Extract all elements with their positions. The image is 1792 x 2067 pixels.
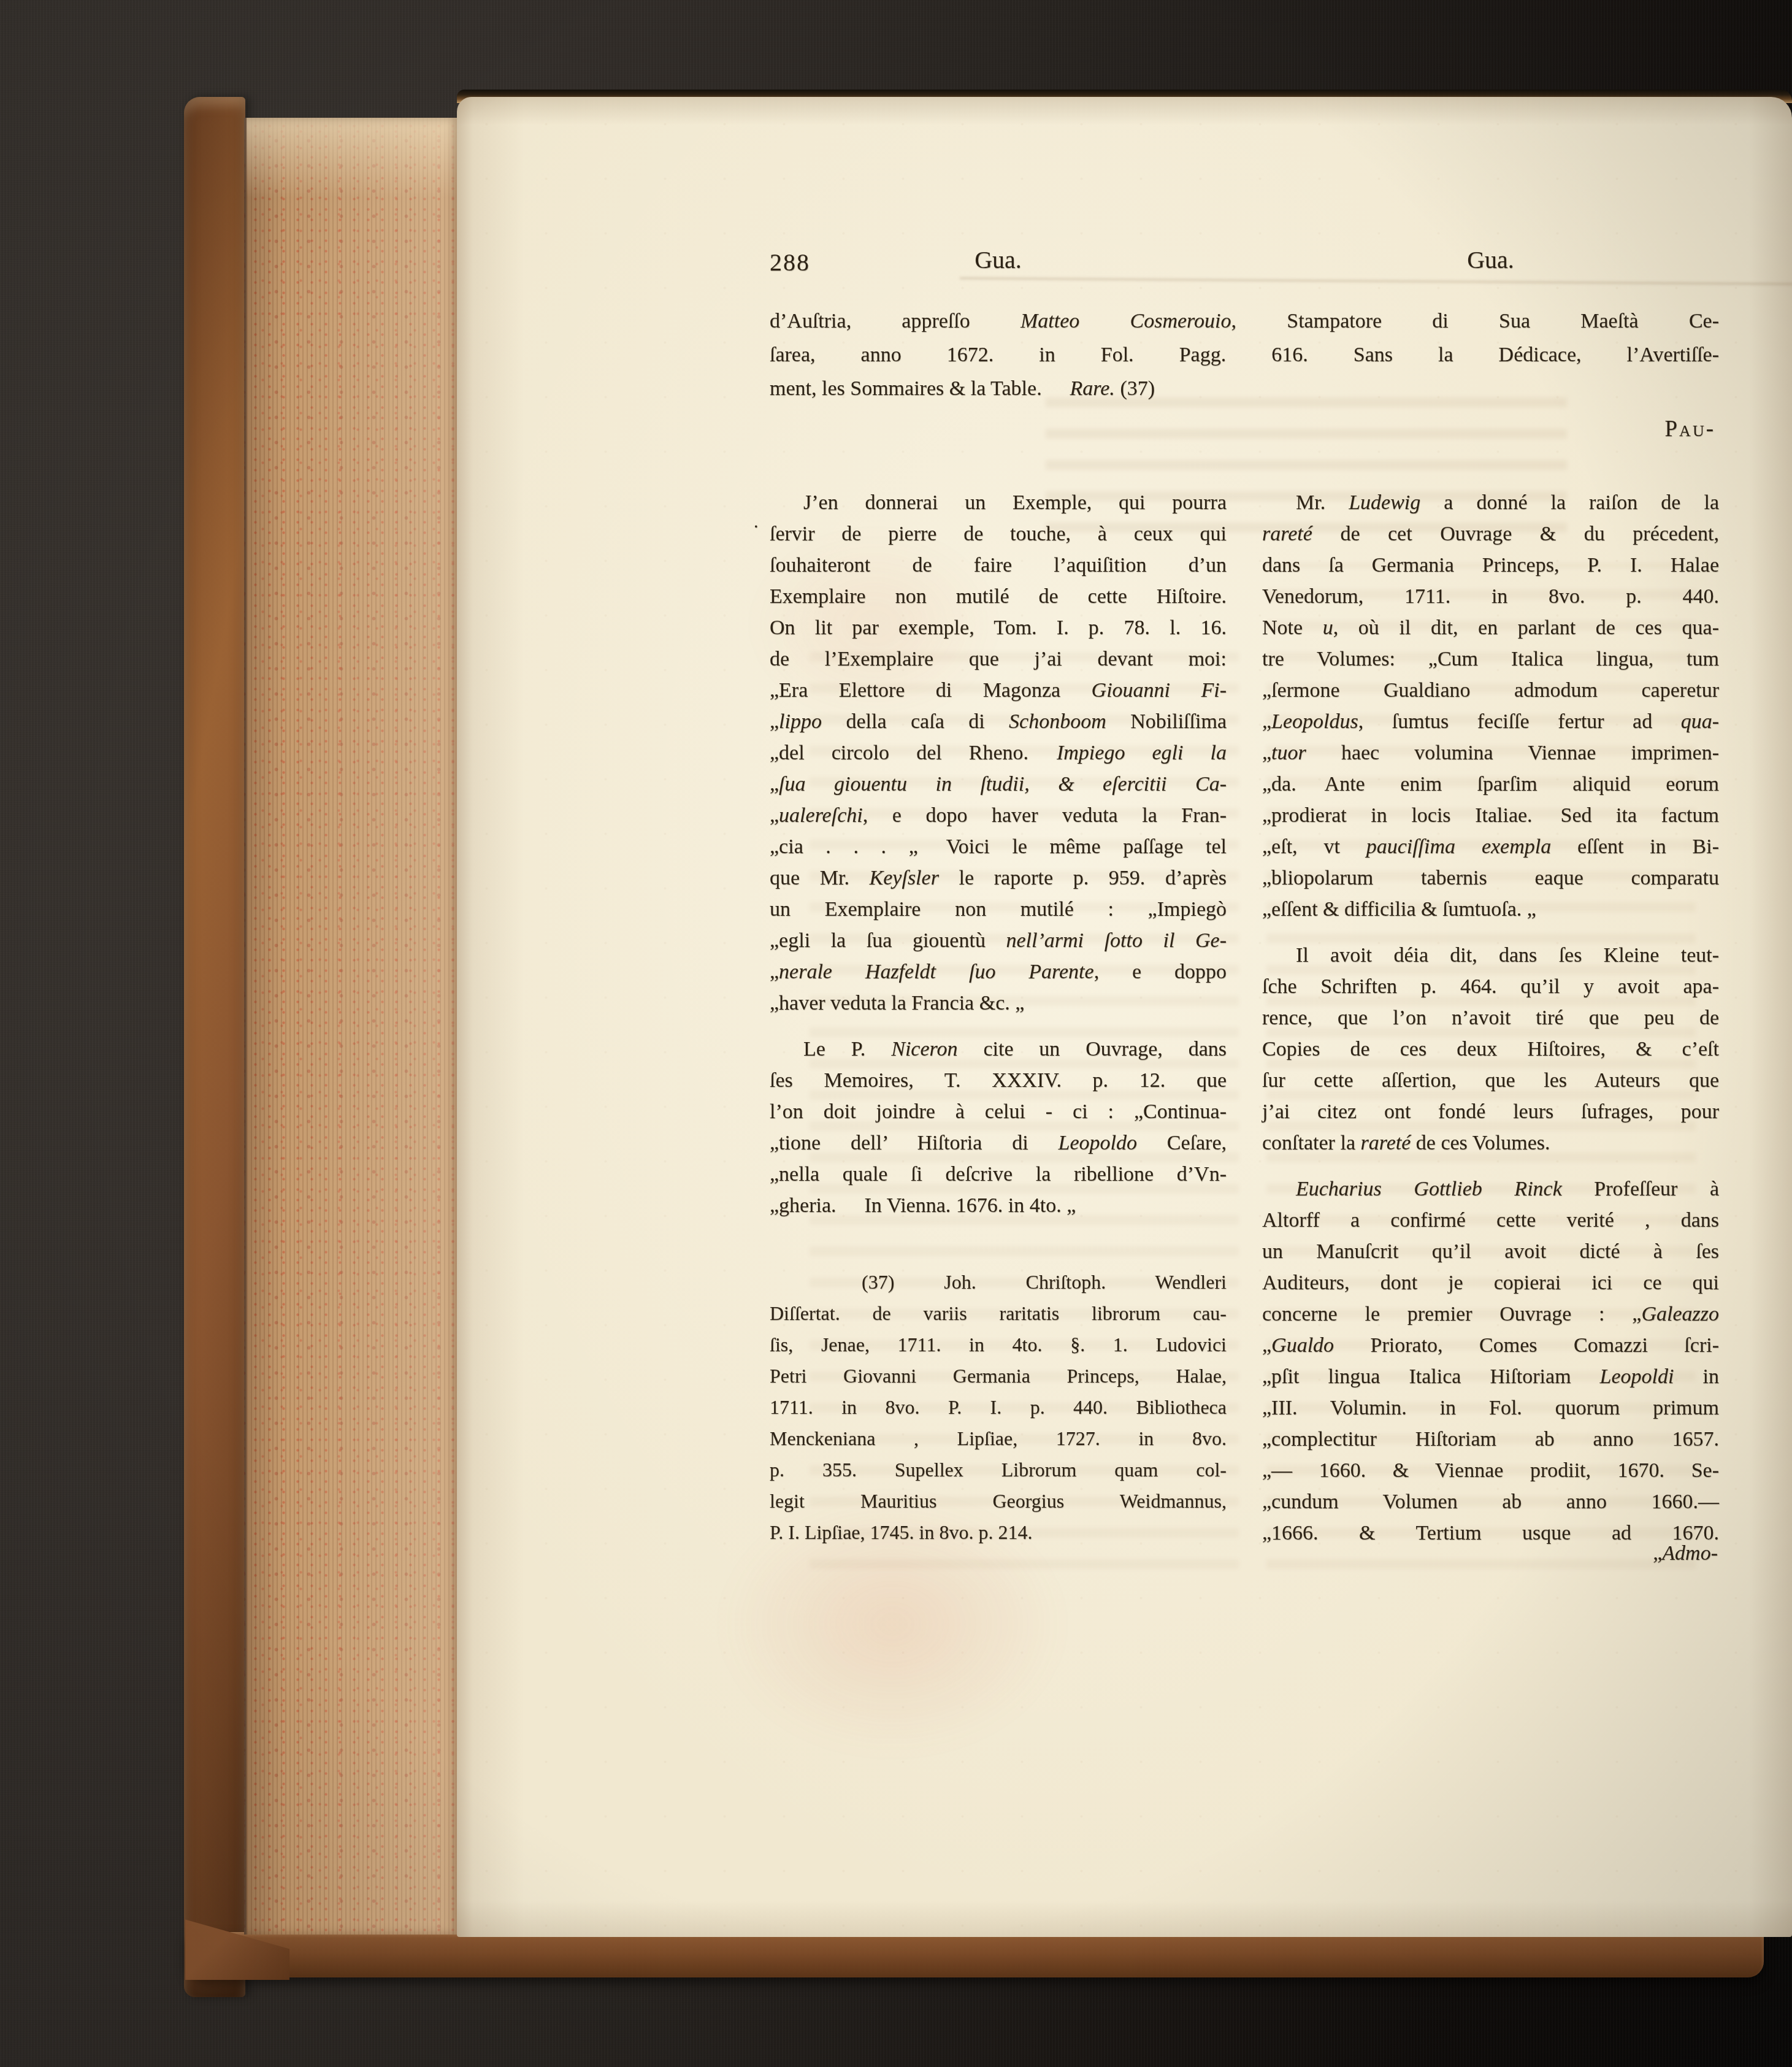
paragraph: d’Auſtria, appreſſo Matteo Cosmerouio, S… bbox=[770, 304, 1719, 405]
text-line: Venedorum, 1711. in 8vo. p. 440. bbox=[1262, 581, 1719, 612]
text-line: Auditeurs, dont je copierai ici ce qui bbox=[1262, 1267, 1719, 1298]
text-line: rence, que l’on n’avoit tiré que peu de bbox=[1262, 1002, 1719, 1033]
catchword-bottom: „Admo- bbox=[1653, 1542, 1718, 1565]
text-line: concerne le premier Ouvrage : „Galeazzo bbox=[1262, 1298, 1719, 1330]
right-text-column: Mr. Ludewig a donné la raiſon de lararet… bbox=[1262, 487, 1719, 1549]
text-line: „da.Ante enim ſparſim aliquid eorum bbox=[1262, 769, 1719, 800]
text-line: l’on doit joindre à celui - ci : „Contin… bbox=[770, 1096, 1227, 1127]
text-line: un Exemplaire non mutilé : „Impiegò bbox=[770, 894, 1227, 925]
text-line: de l’Exemplaire que j’ai devant moi: bbox=[770, 643, 1227, 675]
text-line: „gheria.In Vienna. 1676. in 4to. „ bbox=[770, 1190, 1227, 1221]
running-header: 288 Gua. Gua. bbox=[770, 248, 1719, 285]
text-line: Exemplaire non mutilé de cette Hiſtoire. bbox=[770, 581, 1227, 612]
text-line: „1666. & Tertium usque ad 1670. bbox=[1262, 1517, 1719, 1549]
left-text-column: J’en donnerai un Exemple, qui pourraſerv… bbox=[770, 487, 1227, 1548]
text-line: „eſſent & difficilia & ſumtuoſa. „ bbox=[1262, 894, 1719, 925]
text-line: Note u, où il dit, en parlant de ces qua… bbox=[1262, 612, 1719, 643]
text-line: d’Auſtria, appreſſo Matteo Cosmerouio, S… bbox=[770, 304, 1719, 338]
text-line: „Leopoldus, ſumtus feciſſe fertur ad qua… bbox=[1262, 706, 1719, 737]
text-line: j’ai citez ont fondé leurs ſufrages, pou… bbox=[1262, 1096, 1719, 1127]
text-line: Il avoit déia dit, dans ſes Kleine teut- bbox=[1262, 940, 1719, 971]
text-line: p. 355. Supellex Librorum quam col- bbox=[770, 1454, 1227, 1486]
paragraph: Mr. Ludewig a donné la raiſon de lararet… bbox=[1262, 487, 1719, 925]
text-line: „nerale Hazfeldt ſuo Parente, e doppo bbox=[770, 956, 1227, 987]
running-title-right: Gua. bbox=[1262, 245, 1719, 274]
catchword-quote-mark: „ bbox=[1653, 1542, 1662, 1565]
paragraph: Le P. Niceron cite un Ouvrage, dansſes M… bbox=[770, 1033, 1227, 1221]
intro-paragraph: d’Auſtria, appreſſo Matteo Cosmerouio, S… bbox=[770, 304, 1719, 405]
text-line: J’en donnerai un Exemple, qui pourra bbox=[770, 487, 1227, 518]
paragraph: J’en donnerai un Exemple, qui pourraſerv… bbox=[770, 487, 1227, 1019]
text-line: „cundum Volumen ab anno 1660.— bbox=[1262, 1486, 1719, 1517]
text-line: „egli la ſua giouentù nell’armi ſotto il… bbox=[770, 925, 1227, 956]
text-line: „pſit lingua Italica Hiſtoriam Leopoldi … bbox=[1262, 1361, 1719, 1392]
text-line: „ualereſchi, e dopo haver veduta la Fran… bbox=[770, 800, 1227, 831]
paragraph: Eucharius Gottlieb Rinck Profeſſeur àAlt… bbox=[1262, 1173, 1719, 1549]
text-line: Menckeniana , Lipſiae, 1727. in 8vo. bbox=[770, 1423, 1227, 1454]
text-line: Petri Giovanni Germania Princeps, Halae, bbox=[770, 1360, 1227, 1392]
text-line: 1711. in 8vo. P. I. p. 440. Bibliotheca bbox=[770, 1392, 1227, 1423]
text-line: tre Volumes: „Cum Italica lingua, tum bbox=[1262, 643, 1719, 675]
text-line: „eſt, vt pauciſſima exempla eſſent in Bi… bbox=[1262, 831, 1719, 862]
text-line: On lit par exemple, Tom. I. p. 78. l. 16… bbox=[770, 612, 1227, 643]
text-line: „haver veduta la Francia &c. „ bbox=[770, 987, 1227, 1019]
catchword-word: Admo- bbox=[1662, 1542, 1718, 1565]
text-line: ſis, Jenae, 1711. in 4to. §. 1. Ludovici bbox=[770, 1329, 1227, 1360]
book-photo: 288 Gua. Gua. d’Auſtria, appreſſo Matteo… bbox=[0, 0, 1792, 2067]
catchword-top: Pau- bbox=[1665, 416, 1715, 442]
text-line: „III. Volumin. in Fol. quorum primum bbox=[1262, 1392, 1719, 1424]
text-line: „complectitur Hiſtoriam ab anno 1657. bbox=[1262, 1424, 1719, 1455]
text-line: „prodierat in locis Italiae.Sed ita fact… bbox=[1262, 800, 1719, 831]
text-line: un Manuſcrit qu’il avoit dicté à ſes bbox=[1262, 1236, 1719, 1267]
text-line: Altorff a confirmé cette verité , dans bbox=[1262, 1205, 1719, 1236]
text-line: „Era Elettore di Magonza Giouanni Fi- bbox=[770, 675, 1227, 706]
text-line: „ſermone Gualdiano admodum caperetur bbox=[1262, 675, 1719, 706]
text-line: dans ſa Germania Princeps, P. I. Halae bbox=[1262, 550, 1719, 581]
text-line: „tuor haec volumina Viennae imprimen- bbox=[1262, 737, 1719, 769]
text-line: „nella quale ſi deſcrive la ribellione d… bbox=[770, 1159, 1227, 1190]
running-title-left: Gua. bbox=[770, 245, 1227, 274]
text-line: Mr. Ludewig a donné la raiſon de la bbox=[1262, 487, 1719, 518]
book-cover-left-board bbox=[184, 97, 245, 1997]
text-line: P. I. Lipſiae, 1745. in 8vo. p. 214. bbox=[770, 1517, 1227, 1548]
text-line: „cia . . . „Voici le même paſſage tel bbox=[770, 831, 1227, 862]
text-line: rareté de cet Ouvrage & du précedent, bbox=[1262, 518, 1719, 550]
paragraph: (37) Joh. Chriſtoph. WendleriDiſſertat. … bbox=[770, 1267, 1227, 1548]
text-line: ſche Schriften p. 464. qu’il y avoit apa… bbox=[1262, 971, 1719, 1002]
text-line: ment, les Sommaires & la Table.Rare. (37… bbox=[770, 372, 1719, 405]
text-line: „— 1660. & Viennae prodiit, 1670. Se- bbox=[1262, 1455, 1719, 1486]
page-content: 288 Gua. Gua. d’Auſtria, appreſſo Matteo… bbox=[770, 97, 1719, 1937]
margin-print-dot: . bbox=[754, 512, 759, 532]
text-line: ſouhaiteront de faire l’aquiſition d’un bbox=[770, 550, 1227, 581]
text-line: „lippo della caſa di Schonboom Nobiliſſi… bbox=[770, 706, 1227, 737]
text-line: conſtater la rareté de ces Volumes. bbox=[1262, 1127, 1719, 1159]
book-fore-edge-pages bbox=[244, 118, 460, 1935]
text-line: que Mr. Keyſsler le raporte p. 959. d’ap… bbox=[770, 862, 1227, 894]
text-line: Copies de ces deux Hiſtoires, & c’eſt bbox=[1262, 1033, 1719, 1065]
text-line: „del circolo del Rheno.Impiego egli la bbox=[770, 737, 1227, 769]
text-line: „bliopolarum tabernis eaque comparatu bbox=[1262, 862, 1719, 894]
text-line: ſarea, anno 1672. in Fol. Pagg. 616. San… bbox=[770, 338, 1719, 372]
text-line: (37) Joh. Chriſtoph. Wendleri bbox=[770, 1267, 1227, 1298]
text-line: legit Mauritius Georgius Weidmannus, bbox=[770, 1486, 1227, 1517]
book-cover-bottom-edge bbox=[188, 1932, 1764, 1977]
text-line: ſes Memoires, T. XXXIV. p. 12. que bbox=[770, 1065, 1227, 1096]
text-line: „Gualdo Priorato, Comes Comazzi ſcri- bbox=[1262, 1330, 1719, 1361]
text-line: Eucharius Gottlieb Rinck Profeſſeur à bbox=[1262, 1173, 1719, 1205]
text-line: „tione dell’ Hiſtoria di Leopoldo Ceſare… bbox=[770, 1127, 1227, 1159]
text-line: Diſſertat. de variis raritatis librorum … bbox=[770, 1298, 1227, 1329]
text-line: „ſua giouentu in ſtudii, & eſercitii Ca- bbox=[770, 769, 1227, 800]
text-line: ſur cette aſſertion, que les Auteurs que bbox=[1262, 1065, 1719, 1096]
text-line: Le P. Niceron cite un Ouvrage, dans bbox=[770, 1033, 1227, 1065]
book-page: 288 Gua. Gua. d’Auſtria, appreſſo Matteo… bbox=[457, 97, 1792, 1937]
paragraph: Il avoit déia dit, dans ſes Kleine teut-… bbox=[1262, 940, 1719, 1159]
text-line: ſervir de pierre de touche, à ceux qui bbox=[770, 518, 1227, 550]
